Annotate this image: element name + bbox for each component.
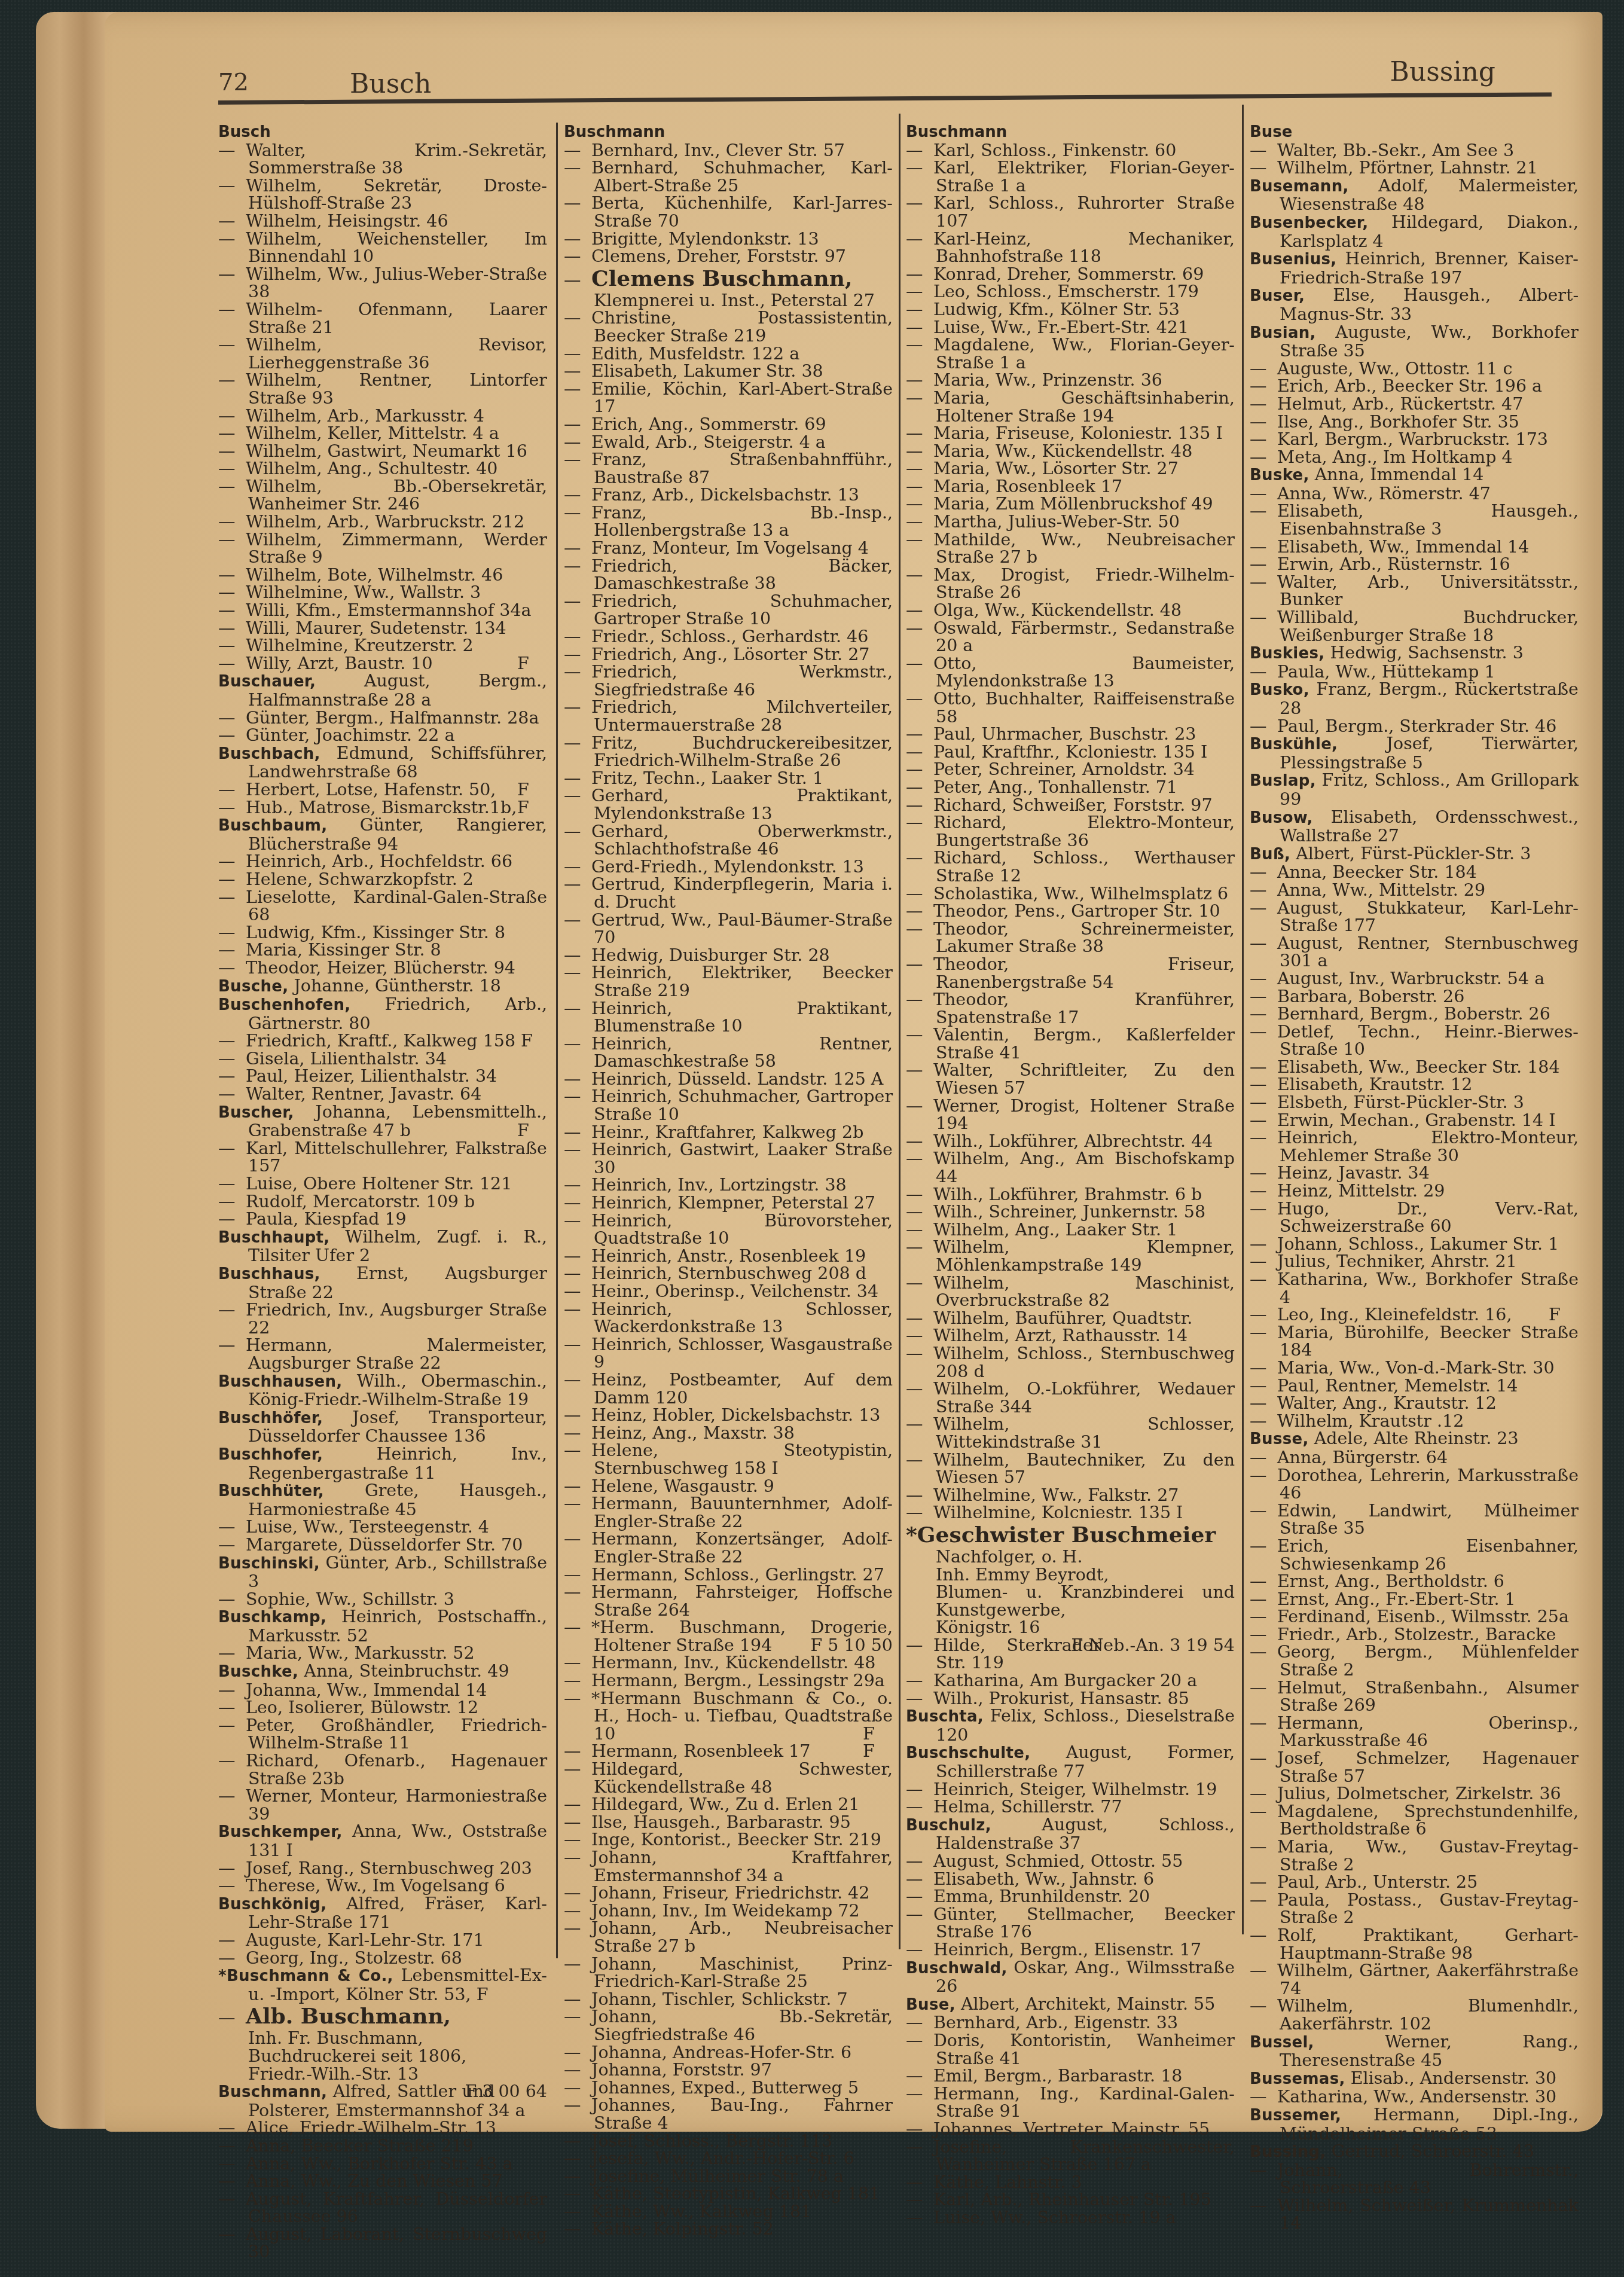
directory-entry: —Heinrich, Praktikant, Blumenstraße 10 xyxy=(564,1000,893,1035)
entry-text: Wilhelm, Weichensteller, Im Binnendahl 1… xyxy=(246,229,547,267)
ditto-dash: — xyxy=(906,1221,933,1239)
ditto-dash: — xyxy=(1250,1076,1277,1094)
entry-text: Wilhelm, Bautechniker, Zu den Wiesen 57 xyxy=(933,1450,1235,1488)
surname: Buschhaus, xyxy=(218,1265,320,1283)
directory-entry: Buschschulte, August, Former, Schillerst… xyxy=(906,1744,1235,1780)
ditto-dash: — xyxy=(906,1186,933,1204)
entry-text: Magdalene, Sprechstundenhilfe, Bertholds… xyxy=(1277,1802,1579,1839)
directory-entry: —Wilhelmine, Ww., Falkstr. 27 xyxy=(906,1487,1235,1504)
ditto-dash: — xyxy=(1250,1058,1277,1076)
ditto-dash: — xyxy=(564,1955,591,1973)
entry-text: Katharina, Ww., Borkhofer Straße 4 xyxy=(1277,1269,1579,1307)
ditto-dash: — xyxy=(218,2119,246,2137)
entry-text: Willi, Kfm., Emstermannshof 34a xyxy=(246,600,532,620)
entry-text: Theodor, Kranführer, Spatenstraße 17 xyxy=(933,990,1235,1027)
directory-entry: —Johann, Kraftfahrer, Emstermannshof 34 … xyxy=(564,1849,893,1884)
directory-entry: Buschkamp, Heinrich, Postschaffn., Marku… xyxy=(218,1608,547,1644)
ditto-dash: — xyxy=(218,371,246,389)
directory-entry: Buskühle, Josef, Tierwärter, Plessingstr… xyxy=(1250,735,1579,771)
firm-detail-line: Königstr. 16 xyxy=(936,1619,1235,1637)
entry-text: Auguste, Ww., Borkhofer Straße 35 xyxy=(1280,322,1579,361)
firm-detail-line: Nachfolger, o. H. xyxy=(936,1548,1235,1566)
ditto-dash: — xyxy=(218,2137,246,2155)
ditto-dash: — xyxy=(218,2155,246,2173)
ditto-dash: — xyxy=(564,1654,591,1672)
ditto-dash: — xyxy=(218,566,246,584)
directory-entry: —Elisabeth, Hausgeh., Eisenbahnstraße 3 xyxy=(1250,502,1579,538)
directory-entry: —Heinrich, Schlosser, Wackerdonkstraße 1… xyxy=(564,1301,893,1336)
ditto-dash: — xyxy=(1250,1359,1277,1377)
ditto-dash: — xyxy=(906,319,933,337)
directory-entry: —Elisabeth, Krautstr. 12 xyxy=(1250,1076,1579,1094)
page-number: 72 xyxy=(218,69,249,96)
directory-entry: —Friedrich, Milchverteiler, Untermauerst… xyxy=(564,698,893,734)
directory-entry: —Wilhelm, Bauführer, Quadtstr. xyxy=(906,1310,1235,1327)
ditto-dash: — xyxy=(218,1210,246,1228)
ditto-dash: — xyxy=(1250,360,1277,378)
entry-text: Hub., Matrose, Bismarckstr.1b, xyxy=(246,798,517,817)
entry-text: Ilse, Hausgeh., Barbarastr. 95 xyxy=(591,1812,851,1832)
ditto-dash: — xyxy=(564,1283,591,1301)
entry-text: Wilh., Lokführer, Albrechtstr. 44 xyxy=(933,1131,1213,1151)
entry-text: Erich, Ang., Sommerstr. 69 xyxy=(591,414,826,434)
ditto-dash: — xyxy=(1250,1324,1277,1342)
entry-text: Heinrich, Sternbuschweg 208 d xyxy=(591,1263,866,1283)
directory-entry: —Wilhelm, Schlosser, Wittekindstraße 31 xyxy=(906,1415,1235,1451)
ditto-dash: — xyxy=(564,1902,591,1920)
entry-text: Barbara, Boberstr. 26 xyxy=(1277,987,1464,1006)
ditto-dash: — xyxy=(564,2132,591,2150)
directory-entry: —Christine, Postassistentin, Beecker Str… xyxy=(564,309,893,344)
surname: Buschinski, xyxy=(218,1555,320,1573)
directory-entry: —*Herm. Buschmann, Drogerie, Holtener St… xyxy=(564,1619,893,1654)
entry-text: Anna, Bürgerstr. 64 xyxy=(1277,1448,1448,1467)
entry-text: Mathilde, Ww., Neubreisacher Straße 27 b xyxy=(933,530,1235,567)
surname: Buß, xyxy=(1250,846,1290,863)
entry-text: Theodor, Pens., Gartroper Str. 10 xyxy=(933,901,1220,921)
directory-entry: —Friedr., Arb., Stolzestr., Baracke xyxy=(1250,1626,1579,1644)
directory-entry: —Elisabeth, Lakumer Str. 38 xyxy=(564,362,893,380)
entry-text: Helene, Steotypistin, Sternbuschweg 158 … xyxy=(591,1440,893,1478)
ditto-dash: — xyxy=(1250,413,1277,431)
entry-text: Wilhelm, Zimmermann, Werder Straße 9 xyxy=(246,530,547,567)
directory-entry: —Maria, Ww., Lösorter Str. 27 xyxy=(906,460,1235,478)
entry-text: Maria, Friseuse, Koloniestr. 135 I xyxy=(933,423,1223,443)
directory-entry: —Elisabeth, Ww., Jahnstr. 6 xyxy=(906,1870,1235,1888)
ditto-dash: — xyxy=(564,2096,591,2114)
ditto-dash: — xyxy=(1250,718,1277,735)
directory-entry: —Emilie, Köchin, Karl-Abert-Straße 17 xyxy=(564,380,893,416)
entry-text: Wilhelm, Schweißer, Krummenhak 14 xyxy=(1277,2196,1579,2233)
directory-entry: —Katharina, Ww., Borkhofer Straße 4 xyxy=(1250,1271,1579,1306)
directory-entry: —Johanna, Ww., Immendal 14 xyxy=(218,1681,547,1699)
ditto-dash: — xyxy=(218,889,246,906)
ditto-dash: — xyxy=(1250,1271,1277,1289)
ditto-dash: — xyxy=(564,362,591,380)
entry-text: Walter, Bb.-Sekr., Am See 3 xyxy=(1277,141,1514,160)
directory-entry: —Hermann, Bauunternhmer, Adolf-Engler-St… xyxy=(564,1495,893,1530)
entry-text: Heinz, Javastr. 34 xyxy=(1277,1163,1430,1183)
directory-entry: —Josef, Schmelzer, Hagenauer Straße 57 xyxy=(1250,1750,1579,1785)
entry-text: Heinz, Ang., Maxstr. 38 xyxy=(591,1423,795,1443)
ditto-dash: — xyxy=(564,1124,591,1141)
ditto-dash: — xyxy=(218,1085,246,1103)
ditto-dash: — xyxy=(1250,1643,1277,1661)
ditto-dash: — xyxy=(564,1070,591,1088)
directory-entry: —Sophie, Ww., Schillstr. 3 xyxy=(218,1591,547,1608)
directory-entry: Bussel, Werner, Rang., Theresenstraße 45 xyxy=(1250,2033,1579,2070)
entry-text: Gerhard, Oberwerkmstr., Schlachthofstraß… xyxy=(591,822,893,859)
directory-entry: Buske, Anna, Immendal 14 xyxy=(1250,466,1579,485)
surname-heading-text: Buschmann xyxy=(906,123,1007,141)
ditto-dash: — xyxy=(906,460,933,478)
directory-entry: —Wilhelm, Maschinist, Overbruckstraße 82 xyxy=(906,1274,1235,1310)
directory-entry: —Wilhelm, Ww., Julius-Weber-Straße 38 xyxy=(218,265,547,301)
ditto-dash: — xyxy=(218,142,246,160)
entry-text: Elsbeth, Fürst-Pückler-Str. 3 xyxy=(1277,1092,1524,1112)
entry-text: Karl-Heinz, Mechaniker, Bahnhofstraße 11… xyxy=(933,229,1235,267)
entry-text: Anna, Beecker Straße 219 xyxy=(246,2136,474,2156)
directory-entry: —Theodor, Heizer, Blücherstr. 94 xyxy=(218,959,547,977)
directory-entry: —Günter, Stellmacher, Beecker Straße 176 xyxy=(906,1906,1235,1941)
directory-entry: —Wilhelm, Arzt, Rathausstr. 14 xyxy=(906,1327,1235,1345)
ditto-dash: — xyxy=(218,265,246,283)
entry-text: Erwin, Mechan., Grabenstr. 14 I xyxy=(1277,1110,1555,1130)
ditto-dash: — xyxy=(564,947,591,964)
directory-entry: —Wilhelm, Rentner, Lintorfer Straße 93 xyxy=(218,371,547,407)
directory-entry: —Barbara, Boberstr. 26 xyxy=(1250,988,1579,1006)
directory-entry: —Auguste, Karl-Lehr-Str. 171 xyxy=(218,1931,547,1949)
entry-text: Hugo, Dr., Verv.-Rat, Schweizerstraße 60 xyxy=(1277,1199,1579,1237)
directory-entry: —Walter, Schriftleiter, Zu den Wiesen 57 xyxy=(906,1061,1235,1097)
directory-entry: Buschke, Anna, Steinbruchstr. 49 xyxy=(218,1662,547,1681)
ditto-dash: — xyxy=(218,1301,246,1319)
entry-text: Gertrud, Ww., Paul-Bäumer-Straße 70 xyxy=(591,910,893,948)
ditto-dash: — xyxy=(564,2150,591,2168)
ditto-dash: — xyxy=(564,1672,591,1690)
entry-text: Emma, Brunhildenstr. 20 xyxy=(933,1887,1150,1906)
directory-entry: —Herbert, Lotse, Hafenstr. 50,F xyxy=(218,781,547,799)
directory-entry: —Heinz, Javastr. 34 xyxy=(1250,1164,1579,1182)
surname: Busko, xyxy=(1250,681,1309,699)
directory-entry: —Karl, Bergm., Warbruckstr. 173 xyxy=(1250,431,1579,448)
directory-entry: —Richard, Elektro-Monteur, Bungertstraße… xyxy=(906,814,1235,849)
entry-text: Anna, Ww., Borkhofer Str. 43 a xyxy=(246,2154,512,2174)
surname-heading: Buschmann xyxy=(906,123,1235,142)
directory-entry: —Gertrud, Kinderpflegerin, Maria i. d. D… xyxy=(564,875,893,911)
directory-columns: Busch—Walter, Krim.-Sekretär, Sommerstra… xyxy=(218,123,1552,1976)
ditto-dash: — xyxy=(1250,1626,1277,1644)
ditto-dash: — xyxy=(564,309,591,327)
directory-entry: —Heinr., Kraftfahrer, Kalkweg 2b xyxy=(564,1124,893,1141)
directory-entry: —Doris, Kontoristin, Wanheimer Straße 41 xyxy=(906,2032,1235,2067)
entry-text: Heinrich, Rentner, Damaschkestraße 58 xyxy=(591,1034,893,1072)
ditto-dash: — xyxy=(218,513,246,531)
entry-text: Heinz, Postbeamter, Auf dem Damm 120 xyxy=(591,1370,893,1408)
entry-text: Ernst, Ang., Bertholdstr. 6 xyxy=(1277,1571,1504,1591)
surname: Buschkönig, xyxy=(218,1896,326,1913)
entry-text: Franz, Monteur, Im Vogelsang 4 xyxy=(591,538,869,558)
entry-text: Paul, Uhrmacher, Buschstr. 23 xyxy=(933,724,1196,744)
ditto-dash: — xyxy=(564,1176,591,1194)
directory-entry: —Ludwig, Kfm., Kölner Str. 53 xyxy=(906,301,1235,319)
ditto-dash: — xyxy=(906,619,933,637)
directory-entry: —Erwin, Mechan., Grabenstr. 14 I xyxy=(1250,1112,1579,1130)
entry-text: Willibald, Buchdrucker, Weißenburger Str… xyxy=(1277,608,1579,645)
ditto-dash: — xyxy=(218,1067,246,1085)
entry-text: Wilhelm, Krautstr .12 xyxy=(1277,1411,1464,1431)
ditto-dash: — xyxy=(1250,502,1277,520)
surname: Buschhausen, xyxy=(218,1373,342,1391)
directory-entry: —Paul, Uhrmacher, Buschstr. 23 xyxy=(906,725,1235,743)
entry-text: Wilhelm, Arzt, Rathausstr. 14 xyxy=(933,1326,1188,1345)
ditto-dash: — xyxy=(218,1536,246,1554)
directory-entry: —Wilhelm, Heisingstr. 46 xyxy=(218,212,547,230)
ditto-dash: — xyxy=(906,1097,933,1115)
entry-text: Karl, Bergm., Warbruckstr. 173 xyxy=(1277,429,1548,449)
entry-text: Helene, Schwarzkopfstr. 2 xyxy=(246,869,474,889)
column-divider xyxy=(1242,105,1244,1934)
ditto-dash: — xyxy=(906,1310,933,1327)
ditto-dash: — xyxy=(564,194,591,212)
directory-entry: —Paula, Kiespfad 19 xyxy=(218,1210,547,1228)
directory-entry: —Olga, Ww., Kückendellstr. 48 xyxy=(906,602,1235,619)
ditto-dash: — xyxy=(1250,142,1277,160)
entry-text: Willi, Maurer, Sudetenstr. 134 xyxy=(246,618,506,638)
entry-text: Magdalene, Ww., Florian-Geyer-Straße 1 a xyxy=(933,335,1235,373)
ditto-dash: — xyxy=(1250,970,1277,988)
surname: Bussemer, xyxy=(1250,2107,1341,2125)
directory-entry: —Gerhard, Praktikant, Mylendonkstraße 13 xyxy=(564,787,893,822)
ditto-dash: — xyxy=(1250,1891,1277,1909)
entry-text: Hermann, Ing., Kardinal-Galen-Straße 91 xyxy=(933,2084,1235,2122)
directory-entry: —Käthe, Lahnstr. 3 xyxy=(906,2174,1235,2191)
directory-entry: Buschbach, Edmund, Schiffsführer, Landwe… xyxy=(218,744,547,781)
directory-entry: —Emil, Bergm., Barbarastr. 18 xyxy=(906,2067,1235,2085)
directory-entry: Buscher, Johanna, Lebensmittelh., Graben… xyxy=(218,1103,547,1140)
ditto-dash: — xyxy=(906,442,933,460)
directory-entry: —Martha, Julius-Weber-Str. 50 xyxy=(906,513,1235,531)
surname: Bussel, xyxy=(1250,2034,1314,2052)
entry-text: Hermann, Bergm., Lessingstr 29a xyxy=(591,1671,885,1690)
entry-text: Hermann, Inv., Kückendellstr. 48 xyxy=(591,1653,875,1672)
entry-text: Alice, Friedr.-Wilhelm-Str. 13 xyxy=(246,2118,496,2138)
directory-entry: —*Hermann Buschmann & Co., o. H., Hoch- … xyxy=(564,1690,893,1743)
ditto-dash: — xyxy=(564,1336,591,1354)
directory-entry: —Wilh., Lokführer, Brahmstr. 6 b xyxy=(906,1186,1235,1204)
directory-entry: —Johann, Tischler, Schlickstr. 7 xyxy=(564,1991,893,2009)
ditto-dash: — xyxy=(1250,1306,1277,1324)
directory-entry: Buschhaupt, Wilhelm, Zugf. i. R., Tilsit… xyxy=(218,1228,547,1265)
header-first-name: Busch xyxy=(350,69,431,99)
entry-text: Josef, Schmelzer, Hagenauer Straße 57 xyxy=(1277,1748,1579,1786)
directory-entry: —Hermann, Rosenbleek 17F xyxy=(564,1742,893,1760)
entry-text: Paula, Kiespfad 19 xyxy=(246,1209,407,1229)
firm-listing: —Clemens Buschmann,Klempnerei u. Inst., … xyxy=(564,265,893,310)
column-4: Buse—Walter, Bb.-Sekr., Am See 3—Wilhelm… xyxy=(1250,123,1579,1970)
ditto-dash: — xyxy=(1250,1129,1277,1147)
entry-text: Wilhelm, Arb., Markusstr. 4 xyxy=(246,406,484,426)
directory-entry: —Leo, Schloss., Emscherstr. 179 xyxy=(906,283,1235,301)
directory-entry: —Käthe, Kolpingstr. 52 xyxy=(564,2220,893,2238)
directory-entry: —Detlef, Techn., Heinr.-Bierwes-Straße 1… xyxy=(1250,1023,1579,1058)
surname: Buschenhofen, xyxy=(218,996,350,1014)
ditto-dash: — xyxy=(218,407,246,425)
ditto-dash: — xyxy=(1250,1094,1277,1112)
entry-text: Emil, Bergm., Barbarastr. 18 xyxy=(933,2066,1182,2086)
directory-entry: —Hildegard, Ww., Zu d. Erlen 21 xyxy=(564,1796,893,1814)
directory-entry: —Walter, Arb., Universitätsstr., Bunker xyxy=(1250,573,1579,609)
phone-marker: F 5 10 50 xyxy=(840,1637,893,1655)
ditto-dash: — xyxy=(218,425,246,442)
surname: Busow, xyxy=(1250,809,1313,827)
directory-entry: —Johann, Inv., Im Weidekamp 72 xyxy=(564,1902,893,1920)
ditto-dash: — xyxy=(218,619,246,637)
entry-text: Adele, Alte Rheinstr. 23 xyxy=(1314,1429,1519,1448)
column-2: Buschmann—Bernhard, Inv., Clever Str. 57… xyxy=(564,123,893,1970)
directory-entry: —Hermann, Schloss., Gerlingstr. 27 xyxy=(564,1566,893,1584)
entry-text: Bernhard, Bergm., Boberstr. 26 xyxy=(1277,1004,1550,1024)
entry-text: Paul, Rentner, Memelstr. 14 xyxy=(1277,1376,1518,1396)
entry-text: Johann, Inv., Im Weidekamp 72 xyxy=(591,1901,860,1921)
surname: Busche, xyxy=(218,978,288,996)
surname: Buslap, xyxy=(1250,772,1316,790)
surname: Busse, xyxy=(1250,1430,1309,1448)
ditto-dash: — xyxy=(906,1781,933,1799)
directory-entry: —Willi, Kfm., Emstermannshof 34a xyxy=(218,602,547,619)
entry-text: Wilh., Schreiner, Junkernstr. 58 xyxy=(933,1202,1205,1222)
entry-text: Maria, Ww., Kückendellstr. 48 xyxy=(933,441,1192,461)
entry-text: Wilhelm, Blumenhdlr., Aakerfährstr. 102 xyxy=(1277,1996,1579,2034)
ditto-dash: — xyxy=(564,734,591,752)
entry-text: Günter, Bergm., Halfmannstr. 28a xyxy=(246,708,539,728)
entry-text: Johann, Maschinist, Prinz-Friedrich-Karl… xyxy=(591,1954,893,1992)
ditto-dash: — xyxy=(564,1495,591,1513)
directory-entry: —Wilhelm, Bb.-Obersekretär, Wanheimer St… xyxy=(218,478,547,513)
ditto-dash: — xyxy=(906,566,933,584)
directory-entry: —Alice, Friedr.-Wilhelm-Str. 13 xyxy=(218,2119,547,2137)
entry-text: Maria, Rosenbleek 17 xyxy=(933,477,1122,496)
directory-entry: Buschhofer, Heinrich, Inv., Regenbergast… xyxy=(218,1445,547,1482)
ditto-dash: — xyxy=(906,1133,933,1150)
directory-entry: —Käthe, Ww., Kalkweg 181 xyxy=(564,2203,893,2221)
directory-entry: —Clemens, Dreher, Forststr. 97 xyxy=(564,248,893,265)
directory-entry: —Wilh., Schreiner, Junkernstr. 58 xyxy=(906,1203,1235,1221)
entry-text: Wilhelm, Bb.-Obersekretär, Wanheimer Str… xyxy=(246,477,547,514)
ditto-dash: — xyxy=(1250,1803,1277,1821)
entry-text: Helmut, Straßenbahn., Alsumer Straße 269 xyxy=(1277,1678,1579,1716)
entry-text: Leo, Ing., Kleinefeldstr. 16, xyxy=(1277,1305,1512,1324)
ditto-dash: — xyxy=(564,858,591,876)
ditto-dash: — xyxy=(564,1247,591,1265)
ditto-dash: — xyxy=(218,1931,246,1949)
directory-entry: —Ferdinand, Eisenb., Wilmsstr. 25a xyxy=(1250,1608,1579,1626)
directory-entry: —Willy, Arzt, Baustr. 10F xyxy=(218,655,547,673)
entry-text: Johanna, Andreas-Hofer-Str. 6 xyxy=(591,2043,851,2062)
ditto-dash: — xyxy=(564,1796,591,1814)
entry-text: Anna, Immendal 14 xyxy=(1315,465,1484,484)
surname: Buschhaupt, xyxy=(218,1229,330,1247)
ditto-dash: — xyxy=(218,2226,246,2244)
ditto-dash: — xyxy=(218,1518,246,1536)
directory-entry: —Helene, Steotypistin, Sternbuschweg 158… xyxy=(564,1442,893,1477)
entry-text: Elisabeth, Lakumer Str. 38 xyxy=(591,361,823,381)
directory-entry: —Elsbeth, Fürst-Pückler-Str. 3 xyxy=(1250,1094,1579,1112)
entry-text: Anna, Steinbruchstr. 49 xyxy=(304,1661,509,1681)
ditto-dash: — xyxy=(564,1690,591,1708)
directory-entry: —Friedrich, Bäcker, Damaschkestraße 38 xyxy=(564,557,893,593)
ditto-dash: — xyxy=(564,2203,591,2221)
entry-text: Theodor, Schreinermeister, Lakumer Straß… xyxy=(933,919,1235,957)
entry-text: Hermann, Fahrsteiger, Hoffsche Straße 26… xyxy=(591,1582,893,1620)
entry-text: Heinrich, Schuhmacher, Gartroper Straße … xyxy=(591,1086,893,1124)
ditto-dash: — xyxy=(564,646,591,664)
directory-entry: —Johann, Bb.-Sekretär, Siegfriedstraße 4… xyxy=(564,2008,893,2043)
directory-entry: —Gertrud, Ww., Paul-Bäumer-Straße 70 xyxy=(564,911,893,947)
firm-detail-line: Inh. Emmy Beyrodt, xyxy=(936,1566,1235,1584)
ditto-dash: — xyxy=(906,2032,933,2050)
directory-entry: —Emma, Brunhildenstr. 20 xyxy=(906,1888,1235,1906)
entry-text: Elisabeth, Hausgeh., Eisenbahnstraße 3 xyxy=(1277,501,1579,539)
directory-entry: —Johann, Arb., Neubreisacher Straße 27 b xyxy=(564,1919,893,1955)
directory-entry: —Walter, Ang., Krautstr. 12 xyxy=(1250,1394,1579,1412)
ditto-dash: — xyxy=(564,1424,591,1442)
ditto-dash: — xyxy=(1250,1200,1277,1218)
directory-entry: —Maria, Ww., Kückendellstr. 48 xyxy=(906,442,1235,460)
entry-text: Heinrich, Inv., Lortzingstr. 38 xyxy=(591,1175,847,1195)
ditto-dash: — xyxy=(1250,431,1277,448)
directory-entry: —Bernhard, Arb., Eigenstr. 33 xyxy=(906,2014,1235,2032)
ditto-dash: — xyxy=(906,495,933,513)
entry-text: Heinrich, Steiger, Wilhelmstr. 19 xyxy=(933,1780,1217,1799)
entry-text: Hedwig, Sachsenstr. 3 xyxy=(1330,643,1523,663)
entry-text: Johannes, Vertreter, Mainstr. 55 xyxy=(933,2119,1210,2139)
entry-text: Wilhelmine, Kreutzerstr. 2 xyxy=(246,636,474,655)
directory-entry: —Karl, Schloss., Ruhrorter Straße 107 xyxy=(906,194,1235,230)
ditto-dash: — xyxy=(906,301,933,319)
ditto-dash: — xyxy=(564,1265,591,1283)
entry-text: Katharina, Am Burgacker 20 a xyxy=(933,1671,1197,1690)
entry-text: Jesefa, Ww., Andr.-Hofer-Str. 6 xyxy=(591,2148,854,2168)
ditto-dash: — xyxy=(564,2044,591,2062)
firm-detail-line: Buchdruckerei seit 1806, xyxy=(248,2047,547,2065)
directory-entry: —Wilhelm, Arb., Warbruckstr. 212 xyxy=(218,513,547,531)
ditto-dash: — xyxy=(906,194,933,212)
directory-entry: —Friedrich, Schuhmacher, Gartroper Straß… xyxy=(564,593,893,628)
ditto-dash: — xyxy=(564,2168,591,2186)
surname: Buschbach, xyxy=(218,745,320,763)
directory-entry: Bussemer, Hermann, Dipl.-Ing., Mündelhei… xyxy=(1250,2106,1579,2142)
surname: Busemann, xyxy=(1250,178,1349,196)
directory-entry: —Ernst, Ang., Fr.-Ebert-Str. 1 xyxy=(1250,1591,1579,1608)
ditto-dash: — xyxy=(906,1888,933,1906)
directory-entry: —Wilhelm, Keller, Mittelstr. 4 a xyxy=(218,425,547,442)
entry-text: Luise, Ww., Tersteegenstr. 4 xyxy=(246,1517,489,1537)
entry-text: Werner, Monteur, Harmoniestraße 39 xyxy=(246,1786,547,1824)
directory-entry: —Paul, Arb., Unterstr. 25 xyxy=(1250,1873,1579,1891)
directory-entry: —Maria, Bürohilfe, Beecker Straße 184 xyxy=(1250,1324,1579,1359)
entry-text: Fritz, Schloss., Am Grillopark 99 xyxy=(1280,770,1579,809)
directory-entry: —Margarete, Düsseldorfer Str. 70 xyxy=(218,1536,547,1554)
ditto-dash: — xyxy=(1250,1785,1277,1803)
directory-entry: —Hilde, Sterkrader Str. 119 xyxy=(906,1637,1235,1672)
entry-text: Heinr., Oberinsp., Veilchenstr. 34 xyxy=(591,1281,878,1301)
entry-text: Günter, Joachimstr. 22 a xyxy=(246,725,454,745)
directory-entry: —Wilhelm, Bautechniker, Zu den Wiesen 57 xyxy=(906,1451,1235,1487)
entry-text: Wilhelm, Ww., Julius-Weber-Straße 38 xyxy=(246,264,547,302)
ditto-dash: — xyxy=(906,885,933,903)
entry-text: Ferdinand, Eisenb., Wilmsstr. 25a xyxy=(1277,1607,1569,1626)
